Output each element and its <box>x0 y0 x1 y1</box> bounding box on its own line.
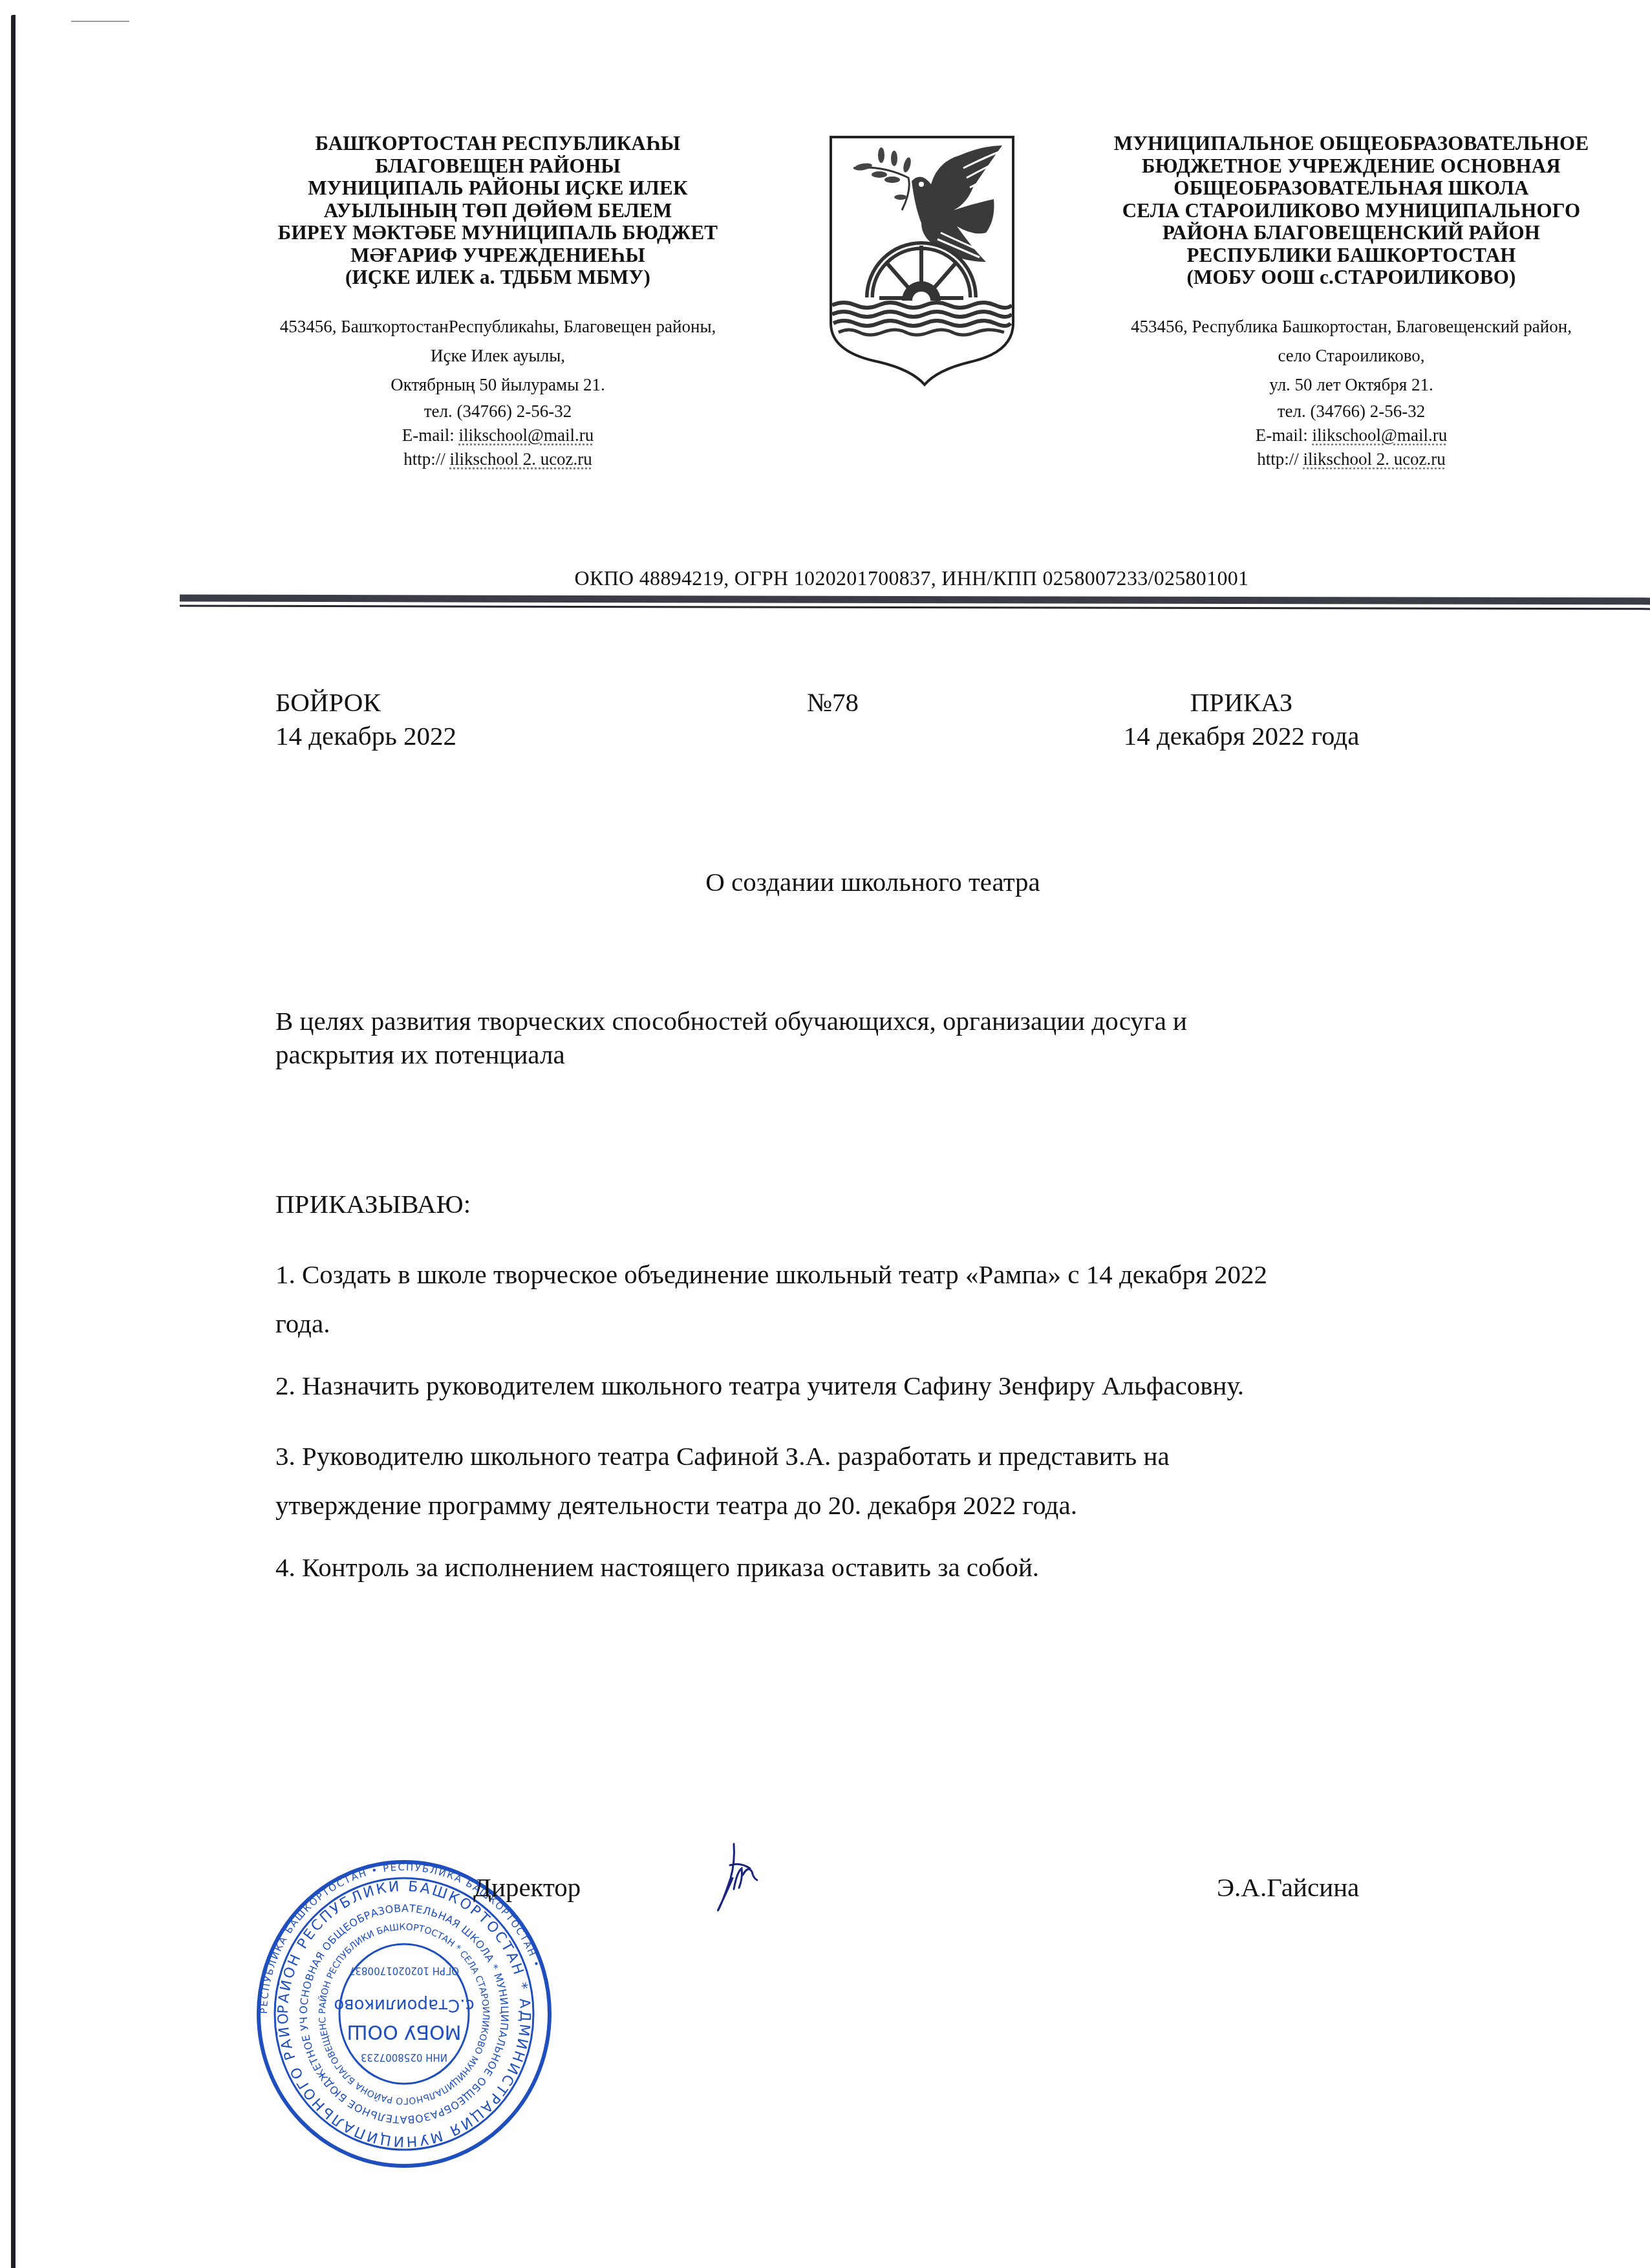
email-link[interactable]: ilikschool@mail.ru <box>459 425 594 445</box>
org-line: ОБЩЕОБРАЗОВАТЕЛЬНАЯ ШКОЛА <box>1054 177 1649 200</box>
item-line: утверждение программу деятельности театр… <box>275 1488 1562 1522</box>
header-right-russian: МУНИЦИПАЛЬНОЕ ОБЩЕОБРАЗОВАТЕЛЬНОЕ БЮДЖЕТ… <box>1054 133 1649 471</box>
email-label: E-mail: <box>402 425 459 445</box>
org-line: МУНИЦИПАЛЬ РАЙОНЫ ИҪКЕ ИЛЕК <box>213 177 782 200</box>
item-line: 2. Назначить руководителем школьного теа… <box>275 1369 1562 1402</box>
email-line: E-mail: ilikschool@mail.ru <box>1054 423 1649 447</box>
web-line: http:// ilikschool 2. ucoz.ru <box>1054 447 1649 471</box>
stamp-center-2: с.Староиликово <box>334 1995 474 2015</box>
org-line: (МОБУ ООШ с.СТАРОИЛИКОВО) <box>1054 266 1649 289</box>
coat-of-arms-icon <box>824 129 1018 388</box>
order-item-1: 1. Создать в школе творческое объединени… <box>275 1257 1562 1340</box>
address-line: село Староиликово, <box>1054 341 1649 370</box>
address-line: 453456, Республика Башкортостан, Благове… <box>1054 312 1649 341</box>
org-line: РЕСПУБЛИКИ БАШКОРТОСТАН <box>1054 244 1649 267</box>
org-line: АУЫЛЫНЫҢ ТӨП ДӨЙӨМ БЕЛЕМ <box>213 200 782 222</box>
email-link[interactable]: ilikschool@mail.ru <box>1312 425 1448 445</box>
order-title: О создании школьного театра <box>259 866 1487 897</box>
address-line: 453456, БашҡортостанРеспубликаһы, Благов… <box>213 312 782 341</box>
org-line: БЮДЖЕТНОЕ УЧРЕЖДЕНИЕ ОСНОВНАЯ <box>1054 155 1649 178</box>
scan-edge-shadow <box>11 15 16 2268</box>
web-link[interactable]: ilikschool 2. ucoz.ru <box>449 449 592 469</box>
org-line: МӘҒАРИФ УЧРЕЖДЕНИЕҺЫ <box>213 244 782 267</box>
org-line: СЕЛА СТАРОИЛИКОВО МУНИЦИПАЛЬНОГО <box>1054 200 1649 222</box>
doc-header-bashkir: БОЙРОК 14 декабрь 2022 <box>275 685 456 753</box>
header-left-bashkir: БАШҠОРТОСТАН РЕСПУБЛИКАҺЫ БЛАГОВЕЩЕН РАЙ… <box>213 133 782 471</box>
phone-line: тел. (34766) 2-56-32 <box>213 400 782 423</box>
intro-line: раскрытия их потенциала <box>275 1038 1562 1071</box>
doc-date-bashkir: 14 декабрь 2022 <box>275 719 456 753</box>
doc-header-russian: ПРИКАЗ 14 декабря 2022 года <box>1099 685 1384 753</box>
org-line: БЛАГОВЕЩЕН РАЙОНЫ <box>213 155 782 178</box>
doc-type-russian: ПРИКАЗ <box>1099 685 1384 719</box>
handwritten-signature-icon <box>714 1843 805 1920</box>
phone-line: тел. (34766) 2-56-32 <box>1054 400 1649 423</box>
org-line: (ИҪКЕ ИЛЕК а. ТДББМ МБМУ) <box>213 266 782 289</box>
web-line: http:// ilikschool 2. ucoz.ru <box>213 447 782 471</box>
address-line: Октябрның 50 йылурамы 21. <box>213 370 782 400</box>
address-bashkir: 453456, БашҡортостанРеспубликаһы, Благов… <box>213 312 782 471</box>
item-line: 1. Создать в школе творческое объединени… <box>275 1257 1562 1291</box>
org-line: МУНИЦИПАЛЬНОЕ ОБЩЕОБРАЗОВАТЕЛЬНОЕ <box>1054 133 1649 155</box>
org-line: РАЙОНА БЛАГОВЕЩЕНСКИЙ РАЙОН <box>1054 222 1649 244</box>
signatory-role: Директор <box>473 1872 581 1903</box>
doc-date-russian: 14 декабря 2022 года <box>1099 719 1384 753</box>
web-label: http:// <box>1257 449 1303 469</box>
doc-number: №78 <box>807 685 859 719</box>
web-link[interactable]: ilikschool 2. ucoz.ru <box>1303 449 1445 469</box>
document-page: БАШҠОРТОСТАН РЕСПУБЛИКАҺЫ БЛАГОВЕЩЕН РАЙ… <box>0 0 1650 2268</box>
header-divider-thick <box>180 595 1650 605</box>
org-name-russian: МУНИЦИПАЛЬНОЕ ОБЩЕОБРАЗОВАТЕЛЬНОЕ БЮДЖЕТ… <box>1054 133 1649 289</box>
org-line: БИРЕҮ МӘКТӘБЕ МУНИЦИПАЛЬ БЮДЖЕТ <box>213 222 782 244</box>
signatory-name: Э.А.Гайсина <box>1217 1872 1359 1903</box>
stamp-inn: ИНН 0258007233 <box>361 2051 447 2063</box>
stamp-center-1: МОБУ ООШ <box>347 2020 461 2043</box>
email-line: E-mail: ilikschool@mail.ru <box>213 423 782 447</box>
item-line: 4. Контроль за исполнением настоящего пр… <box>275 1550 1562 1584</box>
email-label: E-mail: <box>1256 425 1312 445</box>
item-line: года. <box>275 1307 1562 1340</box>
web-label: http:// <box>403 449 449 469</box>
intro-line: В целях развития творческих способностей… <box>275 1004 1562 1038</box>
order-item-4: 4. Контроль за исполнением настоящего пр… <box>275 1550 1562 1584</box>
intro-paragraph: В целях развития творческих способностей… <box>275 1004 1562 1071</box>
registration-codes: ОКПО 48894219, ОГРН 1020201700837, ИНН/К… <box>168 566 1650 590</box>
order-directive: ПРИКАЗЫВАЮ: <box>275 1187 1562 1221</box>
address-line: ул. 50 лет Октября 21. <box>1054 370 1649 400</box>
org-name-bashkir: БАШҠОРТОСТАН РЕСПУБЛИКАҺЫ БЛАГОВЕЩЕН РАЙ… <box>213 133 782 289</box>
stamp-ogrn: ОГРН 1020201700837 <box>349 1965 459 1976</box>
address-russian: 453456, Республика Башкортостан, Благове… <box>1054 312 1649 471</box>
header-divider-thin <box>180 605 1650 610</box>
order-item-2: 2. Назначить руководителем школьного теа… <box>275 1369 1562 1402</box>
org-line: БАШҠОРТОСТАН РЕСПУБЛИКАҺЫ <box>213 133 782 155</box>
address-line: Иҫке Илек ауылы, <box>213 341 782 370</box>
doc-type-bashkir: БОЙРОК <box>275 685 456 719</box>
scan-artifact <box>71 21 129 22</box>
item-line: 3. Руководителю школьного театра Сафиной… <box>275 1439 1562 1473</box>
order-item-3: 3. Руководителю школьного театра Сафиной… <box>275 1439 1562 1522</box>
